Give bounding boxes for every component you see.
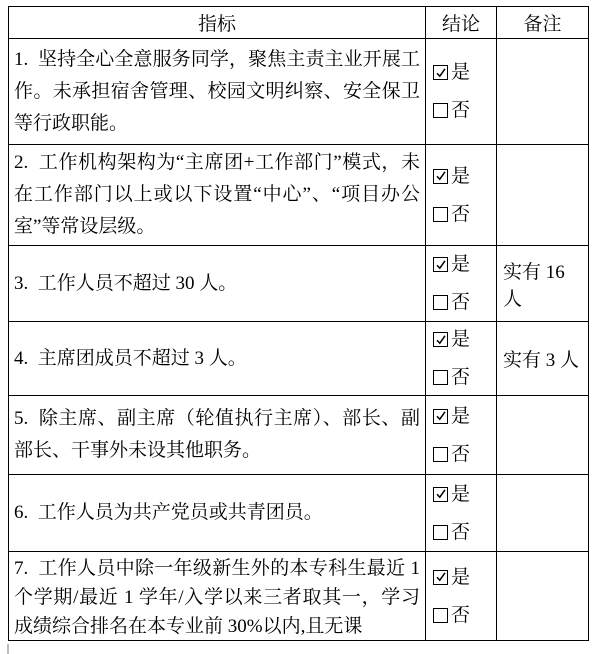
yes-label: 是 — [451, 405, 470, 428]
indicator-text: 5. 除主席、副主席（轮值执行主席）、部长、副部长、干事外未设其他职务。 — [14, 403, 420, 467]
checkbox-no-icon[interactable] — [433, 103, 448, 118]
table-row: 5. 除主席、副主席（轮值执行主席）、部长、副部长、干事外未设其他职务。 是 — [9, 396, 589, 475]
indicator-text: 6. 工作人员为共产党员或共青团员。 — [14, 497, 420, 529]
conclusion-cell: 是 否 — [426, 246, 497, 322]
check-mark-icon — [435, 410, 447, 422]
table-row: 6. 工作人员为共产党员或共青团员。 是 — [9, 475, 589, 552]
check-mark-icon — [435, 571, 447, 583]
conclusion-cell: 是 否 — [426, 475, 497, 552]
no-label: 否 — [451, 366, 470, 389]
indicator-cell: 7. 工作人员中除一年级新生外的本专科生最近 1 个学期/最近 1 学年/入学以… — [9, 552, 426, 641]
no-option[interactable]: 否 — [433, 291, 496, 314]
header-remark: 备注 — [497, 7, 589, 39]
remark-text: 实有 16 人 — [503, 262, 570, 310]
checkbox-no-icon[interactable] — [433, 447, 448, 462]
no-option[interactable]: 否 — [433, 203, 496, 226]
yes-option[interactable]: 是 — [433, 566, 496, 589]
checkbox-yes-icon[interactable] — [433, 65, 448, 80]
remark-cell — [497, 552, 589, 641]
no-option[interactable]: 否 — [433, 521, 496, 544]
checkbox-yes-icon[interactable] — [433, 257, 448, 272]
header-row: 指标 结论 备注 — [9, 7, 589, 39]
table-row: 7. 工作人员中除一年级新生外的本专科生最近 1 个学期/最近 1 学年/入学以… — [9, 552, 589, 641]
checkbox-no-icon[interactable] — [433, 207, 448, 222]
no-option[interactable]: 否 — [433, 366, 496, 389]
no-option[interactable]: 否 — [433, 443, 496, 466]
indicator-text: 7. 工作人员中除一年级新生外的本专科生最近 1 个学期/最近 1 学年/入学以… — [14, 554, 420, 638]
conclusion-cell: 是 否 — [426, 552, 497, 641]
yes-option[interactable]: 是 — [433, 405, 496, 428]
indicator-cell: 1. 坚持全心全意服务同学，聚焦主责主业开展工作。未承担宿舍管理、校园文明纠察、… — [9, 39, 426, 145]
check-mark-icon — [435, 67, 447, 79]
yes-option[interactable]: 是 — [433, 253, 496, 276]
conclusion-cell: 是 否 — [426, 396, 497, 475]
checkbox-no-icon[interactable] — [433, 525, 448, 540]
table-row: 4. 主席团成员不超过 3 人。 是 — [9, 322, 589, 396]
table-body: 1. 坚持全心全意服务同学，聚焦主责主业开展工作。未承担宿舍管理、校园文明纠察、… — [9, 39, 589, 641]
yes-label: 是 — [451, 253, 470, 276]
yes-label: 是 — [451, 328, 470, 351]
no-label: 否 — [451, 443, 470, 466]
table-header: 指标 结论 备注 — [9, 7, 589, 39]
table-row: 1. 坚持全心全意服务同学，聚焦主责主业开展工作。未承担宿舍管理、校园文明纠察、… — [9, 39, 589, 145]
remark-cell — [497, 475, 589, 552]
yes-label: 是 — [451, 483, 470, 506]
conclusion-cell: 是 否 — [426, 322, 497, 396]
checkbox-yes-icon[interactable] — [433, 570, 448, 585]
checkbox-no-icon[interactable] — [433, 608, 448, 623]
no-label: 否 — [451, 99, 470, 122]
no-label: 否 — [451, 291, 470, 314]
indicator-text: 3. 工作人员不超过 30 人。 — [14, 268, 420, 300]
header-conclusion: 结论 — [426, 7, 497, 39]
yes-label: 是 — [451, 165, 470, 188]
remark-cell: 实有 16 人 — [497, 246, 589, 322]
checkbox-no-icon[interactable] — [433, 295, 448, 310]
document-page: 指标 结论 备注 1. 坚持全心全意服务同学，聚焦主责主业开展工作。未承担宿舍管… — [0, 0, 594, 654]
checkbox-yes-icon[interactable] — [433, 487, 448, 502]
no-label: 否 — [451, 604, 470, 627]
conclusion-cell: 是 否 — [426, 145, 497, 246]
indicator-cell: 3. 工作人员不超过 30 人。 — [9, 246, 426, 322]
conclusion-cell: 是 否 — [426, 39, 497, 145]
indicator-text: 1. 坚持全心全意服务同学，聚焦主责主业开展工作。未承担宿舍管理、校园文明纠察、… — [14, 44, 420, 140]
remark-cell: 实有 3 人 — [497, 322, 589, 396]
no-label: 否 — [451, 203, 470, 226]
checkbox-yes-icon[interactable] — [433, 409, 448, 424]
no-option[interactable]: 否 — [433, 604, 496, 627]
checklist-table: 指标 结论 备注 1. 坚持全心全意服务同学，聚焦主责主业开展工作。未承担宿舍管… — [8, 6, 589, 641]
check-mark-icon — [435, 259, 447, 271]
indicator-cell: 4. 主席团成员不超过 3 人。 — [9, 322, 426, 396]
indicator-cell: 6. 工作人员为共产党员或共青团员。 — [9, 475, 426, 552]
remark-cell — [497, 145, 589, 246]
yes-label: 是 — [451, 566, 470, 589]
remark-text: 实有 3 人 — [503, 350, 579, 371]
header-indicator: 指标 — [9, 7, 426, 39]
check-mark-icon — [435, 334, 447, 346]
remark-cell — [497, 396, 589, 475]
check-mark-icon — [435, 170, 447, 182]
indicator-text: 2. 工作机构架构为“主席团+工作部门”模式，未在工作部门以上或以下设置“中心”… — [14, 147, 420, 243]
no-label: 否 — [451, 521, 470, 544]
yes-option[interactable]: 是 — [433, 328, 496, 351]
no-option[interactable]: 否 — [433, 99, 496, 122]
page-break-border-artifact — [7, 644, 9, 654]
yes-option[interactable]: 是 — [433, 61, 496, 84]
remark-cell — [497, 39, 589, 145]
checkbox-yes-icon[interactable] — [433, 332, 448, 347]
yes-option[interactable]: 是 — [433, 165, 496, 188]
table-row: 3. 工作人员不超过 30 人。 是 — [9, 246, 589, 322]
indicator-cell: 5. 除主席、副主席（轮值执行主席）、部长、副部长、干事外未设其他职务。 — [9, 396, 426, 475]
checkbox-no-icon[interactable] — [433, 370, 448, 385]
checkbox-yes-icon[interactable] — [433, 169, 448, 184]
check-mark-icon — [435, 488, 447, 500]
yes-label: 是 — [451, 61, 470, 84]
indicator-cell: 2. 工作机构架构为“主席团+工作部门”模式，未在工作部门以上或以下设置“中心”… — [9, 145, 426, 246]
indicator-text: 4. 主席团成员不超过 3 人。 — [14, 343, 420, 375]
table-row: 2. 工作机构架构为“主席团+工作部门”模式，未在工作部门以上或以下设置“中心”… — [9, 145, 589, 246]
yes-option[interactable]: 是 — [433, 483, 496, 506]
